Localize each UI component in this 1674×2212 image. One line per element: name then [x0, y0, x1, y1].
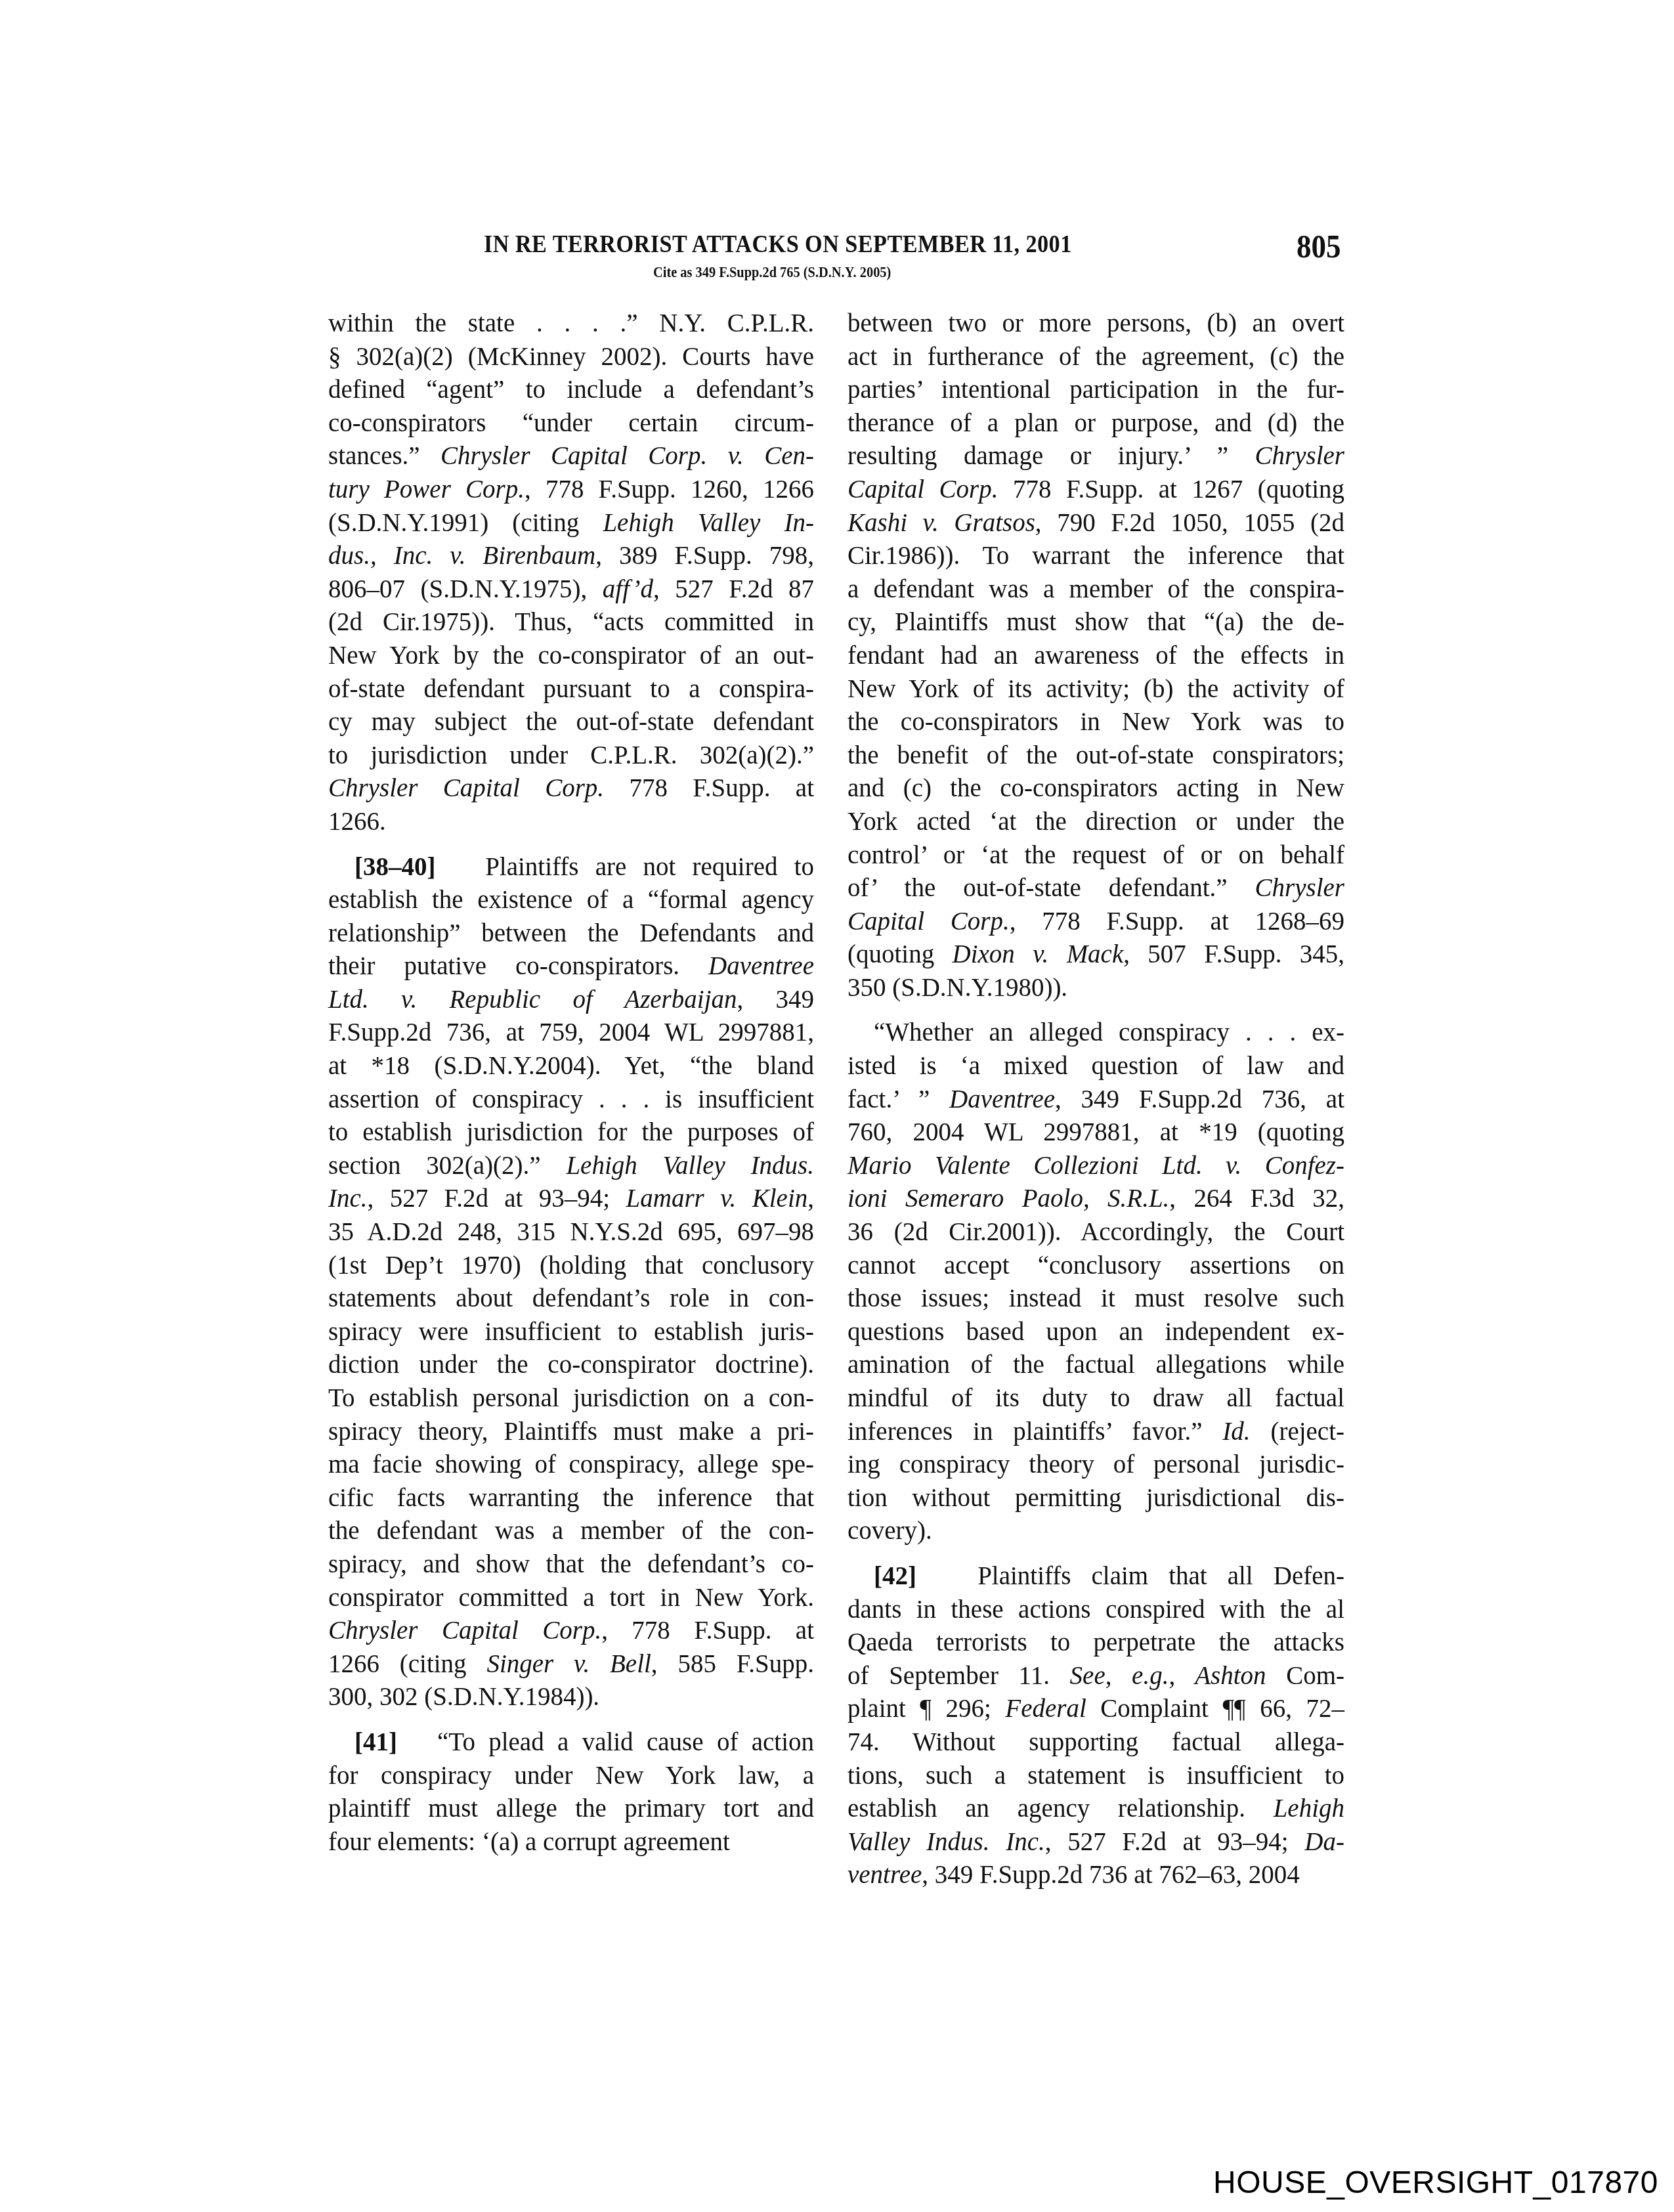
- text-line: co-conspirators “under certain circum-: [328, 407, 814, 441]
- text-line: of September 11. See, e.g., Ashton Com-: [848, 1660, 1344, 1693]
- text-line: New York by the co-conspirator of an out…: [328, 640, 814, 673]
- text-line: 1266 (citing Singer v. Bell, 585 F.Supp.: [328, 1648, 814, 1681]
- text-line: Inc., 527 F.2d at 93–94; Lamarr v. Klein…: [328, 1182, 814, 1216]
- running-head-title: IN RE TERRORIST ATTACKS ON SEPTEMBER 11,…: [484, 231, 1122, 257]
- text-line: cy may subject the out-of-state defendan…: [328, 706, 814, 739]
- paragraph: within the state . . . .” N.Y. C.P.L.R.§…: [328, 307, 814, 839]
- text-line: Mario Valente Collezioni Ltd. v. Confez-: [848, 1150, 1344, 1183]
- text-line: amination of the factual allegations whi…: [848, 1349, 1344, 1382]
- text-line: relationship” between the Defendants and: [328, 917, 814, 951]
- text-line: ing conspiracy theory of personal jurisd…: [848, 1448, 1344, 1482]
- text-line: Cir.1986)). To warrant the inference tha…: [848, 540, 1344, 573]
- text-line: [38–40] Plaintiffs are not required to: [328, 851, 814, 884]
- text-line: 1266.: [328, 806, 814, 839]
- headnote-number: [42]: [874, 1562, 916, 1590]
- text-line: (1st Dep’t 1970) (holding that conclusor…: [328, 1249, 814, 1283]
- text-line: control’ or ‘at the request of or on beh…: [848, 839, 1344, 873]
- text-line: to establish jurisdiction for the purpos…: [328, 1116, 814, 1150]
- text-line: the defendant was a member of the con-: [328, 1515, 814, 1548]
- text-line: parties’ intentional participation in th…: [848, 374, 1344, 407]
- running-head-citation: Cite as 349 F.Supp.2d 765 (S.D.N.Y. 2005…: [653, 264, 891, 281]
- text-line: ioni Semeraro Paolo, S.R.L., 264 F.3d 32…: [848, 1182, 1344, 1216]
- bates-stamp: HOUSE_OVERSIGHT_017870: [1213, 2167, 1658, 2200]
- text-line: statements about defendant’s role in con…: [328, 1282, 814, 1316]
- text-line: the co-conspirators in New York was to: [848, 706, 1344, 739]
- text-line: tury Power Corp., 778 F.Supp. 1260, 1266: [328, 473, 814, 507]
- text-line: Chrysler Capital Corp. 778 F.Supp. at: [328, 772, 814, 806]
- text-line: Kashi v. Gratsos, 790 F.2d 1050, 1055 (2…: [848, 507, 1344, 540]
- text-line: York acted ‘at the direction or under th…: [848, 806, 1344, 839]
- text-line: the benefit of the out-of-state conspira…: [848, 739, 1344, 773]
- text-line: plaintiff must allege the primary tort a…: [328, 1792, 814, 1826]
- text-line: between two or more persons, (b) an over…: [848, 307, 1344, 341]
- text-line: establish an agency relationship. Lehigh: [848, 1792, 1344, 1826]
- text-line: 350 (S.D.N.Y.1980)).: [848, 972, 1344, 1005]
- text-line: 35 A.D.2d 248, 315 N.Y.S.2d 695, 697–98: [328, 1216, 814, 1249]
- text-line: and (c) the co-conspirators acting in Ne…: [848, 772, 1344, 806]
- text-line: cannot accept “conclusory assertions on: [848, 1249, 1344, 1283]
- text-line: [41] “To plead a valid cause of action: [328, 1726, 814, 1760]
- text-line: Capital Corp. 778 F.Supp. at 1267 (quoti…: [848, 473, 1344, 507]
- left-column: within the state . . . .” N.Y. C.P.L.R.§…: [328, 307, 814, 1859]
- text-line: diction under the co-conspirator doctrin…: [328, 1349, 814, 1382]
- text-line: resulting damage or injury.’ ” Chrysler: [848, 440, 1344, 473]
- text-line: Capital Corp., 778 F.Supp. at 1268–69: [848, 905, 1344, 939]
- text-line: tion without permitting jurisdictional d…: [848, 1482, 1344, 1515]
- text-line: ma facie showing of conspiracy, allege s…: [328, 1448, 814, 1482]
- text-line: (2d Cir.1975)). Thus, “acts committed in: [328, 606, 814, 640]
- text-line: “Whether an alleged conspiracy . . . ex-: [848, 1016, 1344, 1050]
- text-line: spiracy were insufficient to establish j…: [328, 1316, 814, 1349]
- text-line: covery).: [848, 1515, 1344, 1548]
- text-line: their putative co-conspirators. Daventre…: [328, 950, 814, 984]
- text-line: within the state . . . .” N.Y. C.P.L.R.: [328, 307, 814, 341]
- text-line: [42] Plaintiffs claim that all Defen-: [848, 1560, 1344, 1594]
- text-line: isted is ‘a mixed question of law and: [848, 1050, 1344, 1083]
- text-line: 806–07 (S.D.N.Y.1975), aff’d, 527 F.2d 8…: [328, 573, 814, 607]
- text-line: conspirator committed a tort in New York…: [328, 1582, 814, 1615]
- text-line: dus., Inc. v. Birenbaum, 389 F.Supp. 798…: [328, 540, 814, 573]
- text-line: To establish personal jurisdiction on a …: [328, 1382, 814, 1416]
- headnote-number: [41]: [354, 1728, 397, 1756]
- right-column: between two or more persons, (b) an over…: [848, 307, 1344, 1892]
- text-line: stances.” Chrysler Capital Corp. v. Cen-: [328, 440, 814, 473]
- text-line: (quoting Dixon v. Mack, 507 F.Supp. 345,: [848, 938, 1344, 972]
- text-line: 36 (2d Cir.2001)). Accordingly, the Cour…: [848, 1216, 1344, 1249]
- text-line: Ltd. v. Republic of Azerbaijan, 349: [328, 984, 814, 1017]
- text-line: (S.D.N.Y.1991) (citing Lehigh Valley In-: [328, 507, 814, 540]
- text-line: spiracy theory, Plaintiffs must make a p…: [328, 1416, 814, 1449]
- text-line: defined “agent” to include a defendant’s: [328, 374, 814, 407]
- text-line: cific facts warranting the inference tha…: [328, 1482, 814, 1515]
- text-line: for conspiracy under New York law, a: [328, 1760, 814, 1793]
- text-line: § 302(a)(2) (McKinney 2002). Courts have: [328, 341, 814, 374]
- text-line: mindful of its duty to draw all factual: [848, 1382, 1344, 1416]
- text-line: four elements: ‘(a) a corrupt agreement: [328, 1826, 814, 1859]
- paragraph: “Whether an alleged conspiracy . . . ex-…: [848, 1016, 1344, 1548]
- text-line: 74. Without supporting factual allega-: [848, 1726, 1344, 1760]
- text-line: therance of a plan or purpose, and (d) t…: [848, 407, 1344, 441]
- paragraph: [41] “To plead a valid cause of actionfo…: [328, 1726, 814, 1859]
- text-line: 760, 2004 WL 2997881, at *19 (quoting: [848, 1116, 1344, 1150]
- text-line: ventree, 349 F.Supp.2d 736 at 762–63, 20…: [848, 1859, 1344, 1892]
- text-line: cy, Plaintiffs must show that “(a) the d…: [848, 606, 1344, 640]
- text-line: New York of its activity; (b) the activi…: [848, 673, 1344, 706]
- text-line: spiracy, and show that the defendant’s c…: [328, 1548, 814, 1582]
- text-line: fact.’ ” Daventree, 349 F.Supp.2d 736, a…: [848, 1083, 1344, 1117]
- paragraph: between two or more persons, (b) an over…: [848, 307, 1344, 1005]
- text-line: of-state defendant pursuant to a conspir…: [328, 673, 814, 706]
- headnote-number: [38–40]: [354, 853, 435, 881]
- text-line: those issues; instead it must resolve su…: [848, 1282, 1344, 1316]
- page-number: 805: [1297, 230, 1341, 263]
- text-line: act in furtherance of the agreement, (c)…: [848, 341, 1344, 374]
- text-line: of’ the out-of-state defendant.” Chrysle…: [848, 872, 1344, 905]
- text-line: section 302(a)(2).” Lehigh Valley Indus.: [328, 1150, 814, 1183]
- text-line: Valley Indus. Inc., 527 F.2d at 93–94; D…: [848, 1826, 1344, 1859]
- text-line: Chrysler Capital Corp., 778 F.Supp. at: [328, 1615, 814, 1648]
- text-line: F.Supp.2d 736, at 759, 2004 WL 2997881,: [328, 1016, 814, 1050]
- paragraph: [42] Plaintiffs claim that all Defen-dan…: [848, 1560, 1344, 1892]
- paragraph: [38–40] Plaintiffs are not required toes…: [328, 851, 814, 1714]
- text-line: tions, such a statement is insufficient …: [848, 1760, 1344, 1793]
- text-line: 300, 302 (S.D.N.Y.1984)).: [328, 1681, 814, 1714]
- text-line: Qaeda terrorists to perpetrate the attac…: [848, 1626, 1344, 1660]
- text-line: inferences in plaintiffs’ favor.” Id. (r…: [848, 1416, 1344, 1449]
- text-line: at *18 (S.D.N.Y.2004). Yet, “the bland: [328, 1050, 814, 1083]
- text-line: plaint ¶ 296; Federal Complaint ¶¶ 66, 7…: [848, 1693, 1344, 1726]
- text-line: assertion of conspiracy . . . is insuffi…: [328, 1083, 814, 1117]
- text-line: dants in these actions conspired with th…: [848, 1594, 1344, 1627]
- text-line: questions based upon an independent ex-: [848, 1316, 1344, 1349]
- text-line: establish the existence of a “formal age…: [328, 884, 814, 917]
- text-line: a defendant was a member of the conspira…: [848, 573, 1344, 607]
- text-line: to jurisdiction under C.P.L.R. 302(a)(2)…: [328, 739, 814, 773]
- text-line: fendant had an awareness of the effects …: [848, 640, 1344, 673]
